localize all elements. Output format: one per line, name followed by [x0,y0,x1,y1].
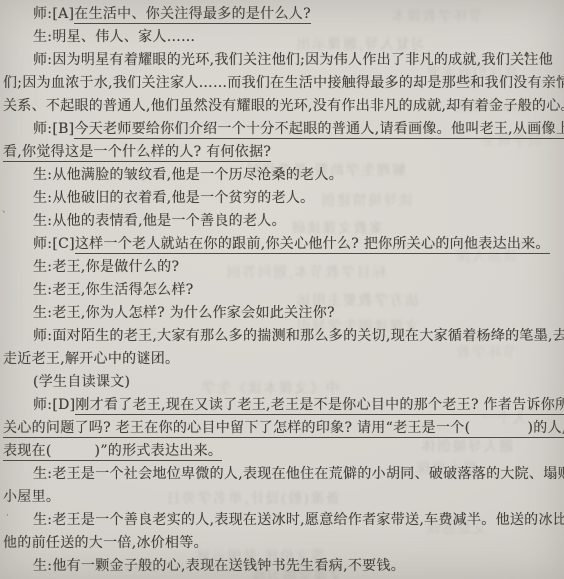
text-line: 们;因为血浓于水,我们关注家人……而我们在生活中接触得最多的却是那些和我们没有亲… [3,72,562,95]
line-text: 关系、不起眼的普通人,他们虽然没有耀眼的光环,没有作出非凡的成就,却有着金子般的… [3,98,564,114]
line-text: 生:老王,你为人怎样? 为什么作家会如此关注你? [33,305,335,321]
text-line: 生:从他的表情看,他是一个善良的老人。 [3,210,562,233]
text-line: 小屋里。 [3,486,562,509]
underlined-text: 看,你觉得这是一个什么样的人? 有何依据? [3,144,271,162]
line-text: 师:[D] [33,397,75,413]
underlined-text: 今天老师要给你们介绍一个十分不起眼的普通人,请看画像。他叫老王,从画像上 [74,121,564,139]
line-text: 生:老王,你生活得怎么样? [33,282,194,298]
line-text: 小屋里。 [3,489,60,505]
text-line: 关心的问题了吗? 老王在你的心目中留下了怎样的印象? 请用“老王是一个( )的人… [3,417,562,440]
text-line: 师:[C]这样一个老人就站在你的跟前,你关心他什么? 把你所关心的向他表达出来。 [3,233,562,256]
line-text: 师:[B] [33,121,74,137]
text-line: 生:老王,你是做什么的? [3,256,562,279]
line-text: (学生自读课文) [33,374,130,390]
text-line: 生:老王,你为人怎样? 为什么作家会如此关注你? [3,302,562,325]
text-line: 关系、不起眼的普通人,他们虽然没有耀眼的光环,没有作出非凡的成就,却有着金子般的… [3,95,562,118]
text-line: 表现在( )”的形式表达出来。 [3,440,562,463]
text-line: 师:面对陌生的老王,大家有那么多的揣测和那么多的关切,现在大家循着杨绛的笔墨,去 [3,325,562,348]
line-text: 生:老王,你是做什么的? [33,259,179,275]
underlined-text: 这样一个老人就站在你的跟前,你关心他什么? 把你所关心的向他表达出来。 [75,236,550,254]
line-text: 生:从他满脸的皱纹看,他是一个历尽沧桑的老人。 [33,167,343,183]
text-line: 师:[D]刚才看了老王,现在又读了老王,老王是不是你心目中的那个老王? 作者告诉… [3,394,562,417]
line-text: 生:老王是一个社会地位卑微的人,表现在他住在荒僻的小胡同、破破落落的大院、塌败的 [33,466,564,482]
document-page: 节环学教课本习复入导,题课示出意注们我求要读品节课堂员学班全解理生学助帮,景背代… [0,0,564,579]
line-text: 们;因为血浓于水,我们关注家人……而我们在生活中接触得最多的却是那些和我们没有亲… [3,75,564,91]
line-text: 生:老王是一个善良老实的人,表现在送冰时,愿意给作者家带送,车费减半。他送的冰比 [33,512,564,528]
underlined-text: 刚才看了老王,现在又读了老王,老王是不是你心目中的那个老王? 作者告诉你所 [75,397,564,415]
text-line: 师:因为明星有着耀眼的光环,我们关注他们;因为伟人作出了非凡的成就,我们关注他 [3,49,562,72]
line-text: 走近老王,解开心中的谜团。 [3,351,179,367]
text-line: 师:[B]今天老师要给你们介绍一个十分不起眼的普通人,请看画像。他叫老王,从画像… [3,118,562,141]
text-line: 生:他有一颗金子般的心,表现在送钱钟书先生看病,不要钱。 [3,555,562,578]
line-text: 生:从他破旧的衣着看,他是一个贫穷的老人。 [33,190,314,206]
line-text: 他的前任送的大一倍,冰价相等。 [3,535,208,551]
text-line: 他的前任送的大一倍,冰价相等。 [3,532,562,555]
line-text: 生:他有一颗金子般的心,表现在送钱钟书先生看病,不要钱。 [33,558,405,574]
text-line: 生:明星、伟人、家人…… [3,26,562,49]
line-text: 生:从他的表情看,他是一个善良的老人。 [33,213,286,229]
underlined-text: 在生活中、你关注得最多的是什么人? [74,6,311,24]
line-text: 师:[C] [33,236,75,252]
text-layer: 师:[A]在生活中、你关注得最多的是什么人?生:明星、伟人、家人……师:因为明星… [0,0,564,578]
text-line: 生:老王是一个社会地位卑微的人,表现在他住在荒僻的小胡同、破破落落的大院、塌败的 [3,463,562,486]
text-line: 师:[A]在生活中、你关注得最多的是什么人? [3,3,562,26]
line-text: 生:明星、伟人、家人…… [33,29,195,45]
line-text: 师:[A] [33,6,74,22]
text-line: 走近老王,解开心中的谜团。 [3,348,562,371]
text-line: 看,你觉得这是一个什么样的人? 有何依据? [3,141,562,164]
text-line: 生:从他满脸的皱纹看,他是一个历尽沧桑的老人。 [3,164,562,187]
text-line: 生:老王,你生活得怎么样? [3,279,562,302]
line-text: 师:面对陌生的老王,大家有那么多的揣测和那么多的关切,现在大家循着杨绛的笔墨,去 [33,328,564,344]
underlined-text: 关心的问题了吗? 老王在你的心目中留下了怎样的印象? 请用“老王是一个( )的人… [3,420,564,438]
underlined-text: 表现在( )”的形式表达出来。 [3,443,222,461]
text-line: (学生自读课文) [3,371,562,394]
text-line: 生:从他破旧的衣着看,他是一个贫穷的老人。 [3,187,562,210]
text-line: 生:老王是一个善良老实的人,表现在送冰时,愿意给作者家带送,车费减半。他送的冰比 [3,509,562,532]
line-text: 师:因为明星有着耀眼的光环,我们关注他们;因为伟人作出了非凡的成就,我们关注他 [33,52,553,68]
